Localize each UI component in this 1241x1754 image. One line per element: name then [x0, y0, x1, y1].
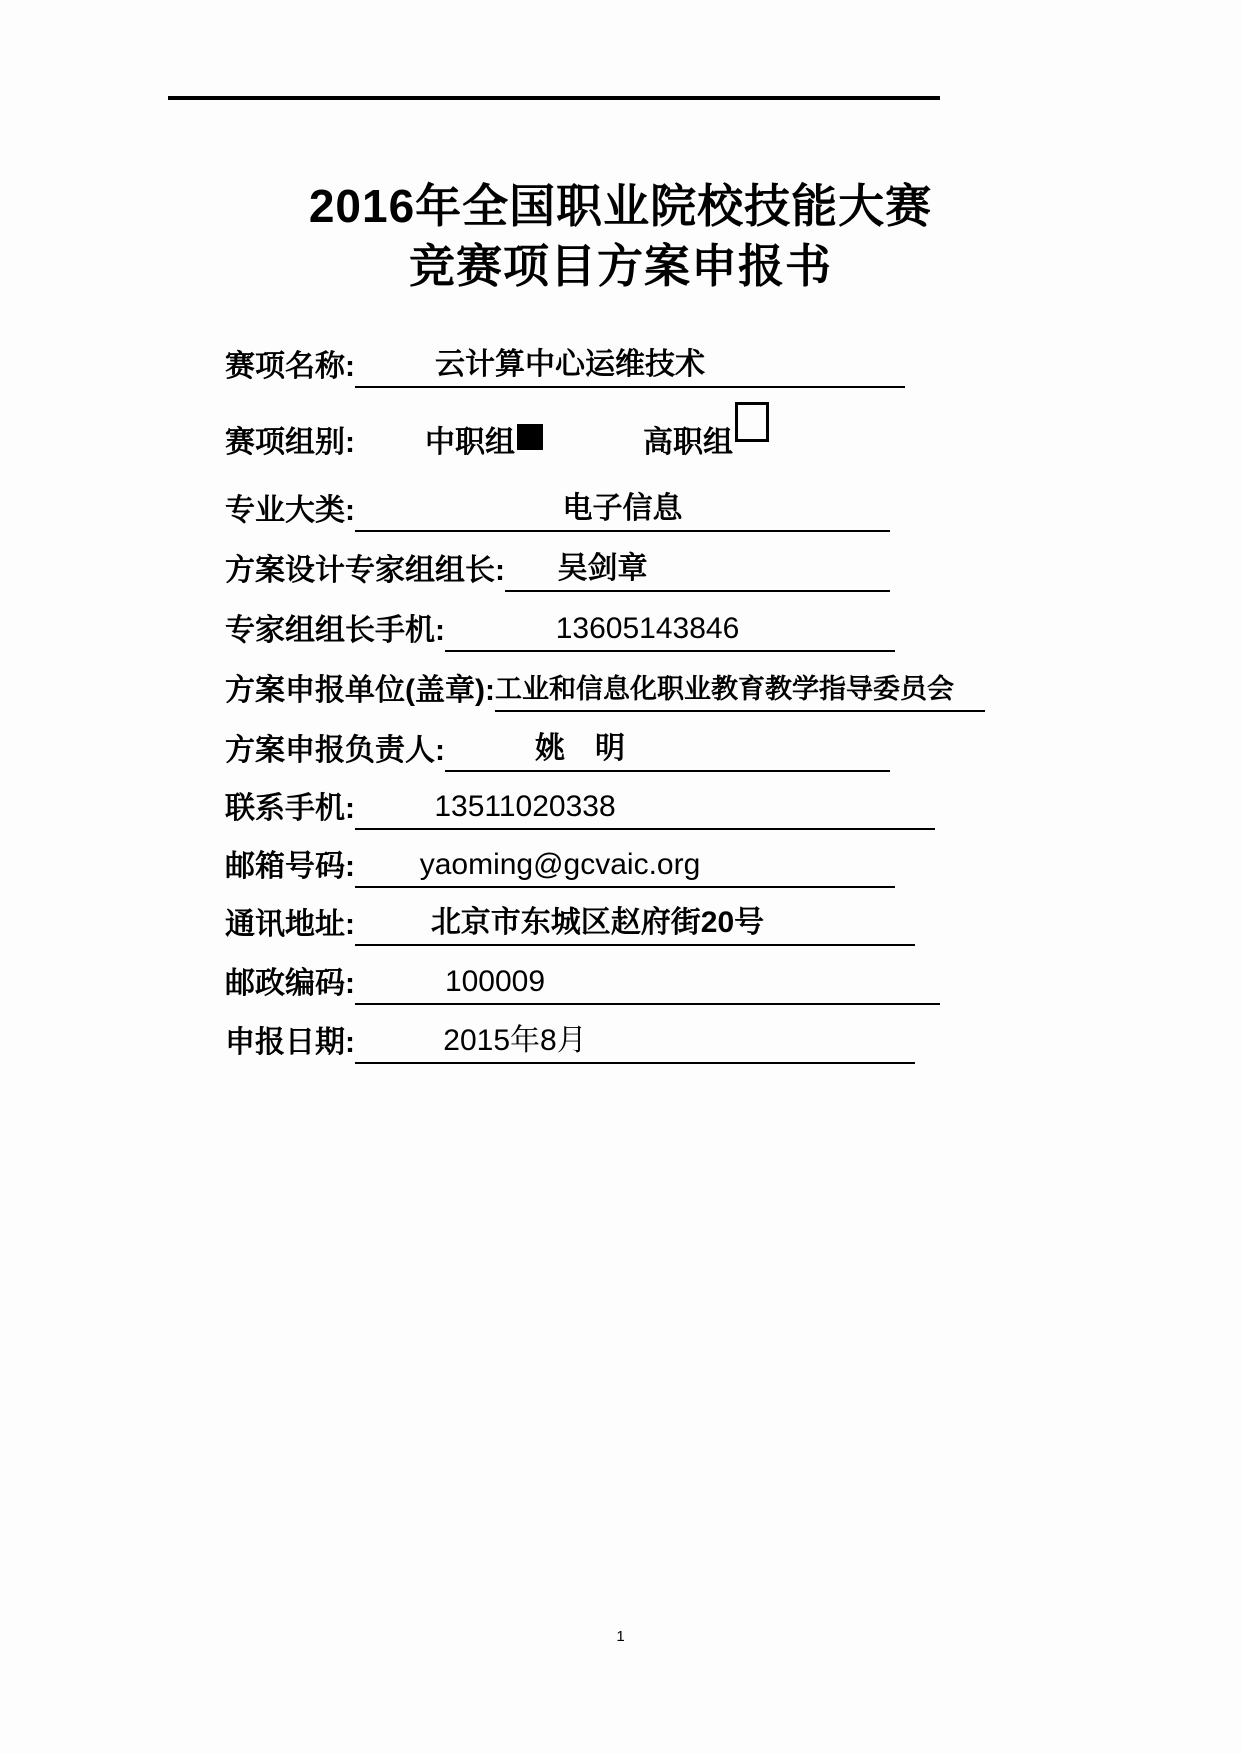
page-number: 1	[0, 1628, 1241, 1645]
field-label: 方案设计专家组组长:	[225, 550, 505, 592]
field-value-underline: 电子信息	[355, 488, 890, 532]
form-row-postal-code: 邮政编码: 100009	[225, 963, 940, 1005]
field-label: 通讯地址:	[225, 904, 355, 946]
field-value-underline: 姚 明	[445, 728, 890, 772]
field-value-underline: 云计算中心运维技术	[355, 344, 905, 388]
field-value-underline: 北京市东城区赵府街20号	[355, 902, 915, 946]
field-value-underline: 工业和信息化职业教育教学指导委员会	[495, 668, 985, 712]
field-value-underline: 2015年8月	[355, 1020, 915, 1064]
form-row-contact-phone: 联系手机: 13511020338	[225, 788, 935, 830]
form-row-major-category: 专业大类: 电子信息	[225, 490, 890, 532]
form-row-applicant-person: 方案申报负责人: 姚 明	[225, 730, 890, 772]
field-label: 方案申报负责人:	[225, 730, 445, 772]
field-label: 联系手机:	[225, 788, 355, 830]
form-row-mailing-address: 通讯地址: 北京市东城区赵府街20号	[225, 904, 915, 946]
header-rule	[168, 96, 940, 100]
checked-checkbox-icon	[517, 424, 543, 450]
field-label: 赛项名称:	[225, 346, 355, 388]
form-row-applicant-organization: 方案申报单位(盖章): 工业和信息化职业教育教学指导委员会	[225, 670, 985, 712]
field-label: 邮箱号码:	[225, 846, 355, 888]
title-line-1: 2016年全国职业院校技能大赛	[0, 176, 1241, 236]
form-row-leader-phone: 专家组组长手机: 13605143846	[225, 610, 895, 652]
field-value-underline: 吴剑章	[505, 548, 890, 592]
field-label: 赛项组别:	[225, 422, 355, 464]
field-label: 邮政编码:	[225, 963, 355, 1005]
unchecked-checkbox-icon	[735, 402, 769, 442]
field-label: 申报日期:	[225, 1022, 355, 1064]
form-row-expert-group-leader: 方案设计专家组组长: 吴剑章	[225, 550, 890, 592]
option-label: 中职组	[425, 426, 515, 459]
field-value-underline: yaoming@gcvaic.org	[355, 844, 895, 888]
form-row-email: 邮箱号码: yaoming@gcvaic.org	[225, 846, 895, 888]
field-label: 方案申报单位(盖章):	[225, 670, 495, 712]
field-value-underline: 100009	[355, 961, 940, 1005]
option-secondary-vocational: 中职组	[425, 422, 543, 464]
form-row-application-date: 申报日期: 2015年8月	[225, 1022, 915, 1064]
option-higher-vocational: 高职组	[643, 412, 769, 464]
form-row-event-name: 赛项名称: 云计算中心运维技术	[225, 346, 905, 388]
field-value-underline: 13605143846	[445, 608, 895, 652]
title-line-2: 竞赛项目方案申报书	[0, 236, 1241, 296]
field-value-underline: 13511020338	[355, 786, 935, 830]
field-label: 专业大类:	[225, 490, 355, 532]
form-row-event-group: 赛项组别: 中职组 高职组	[225, 418, 769, 464]
document-page: 2016年全国职业院校技能大赛 竞赛项目方案申报书 赛项名称: 云计算中心运维技…	[0, 0, 1241, 1754]
field-label: 专家组组长手机:	[225, 610, 445, 652]
option-label: 高职组	[643, 426, 733, 459]
document-title: 2016年全国职业院校技能大赛 竞赛项目方案申报书	[0, 176, 1241, 296]
